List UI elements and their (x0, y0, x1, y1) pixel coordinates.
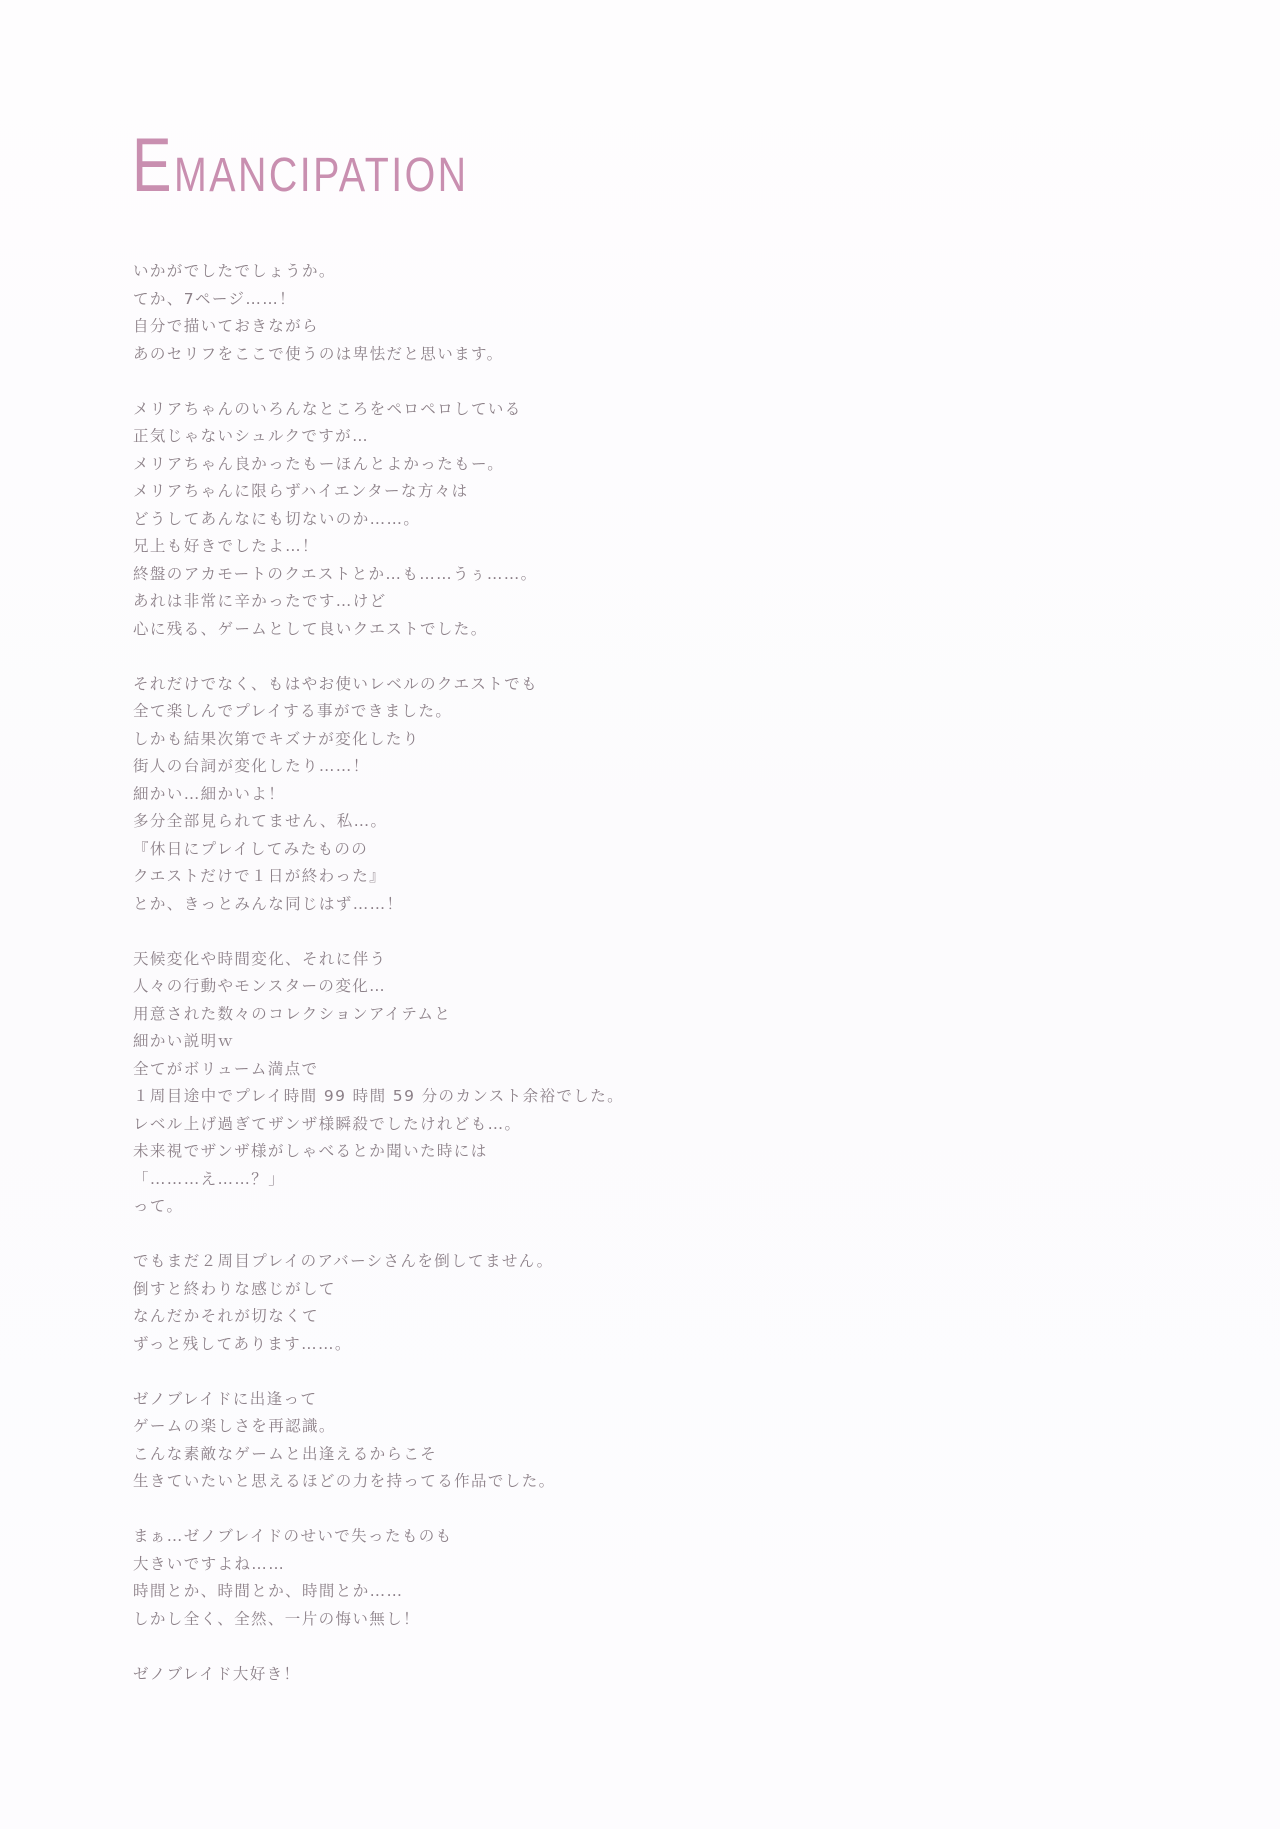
text-line: まぁ…ゼノブレイドのせいで失ったものも (133, 1523, 1033, 1551)
paragraph: 天候変化や時間変化、それに伴う 人々の行動やモンスターの変化… 用意された数々の… (133, 946, 1033, 1221)
text-line: しかも結果次第でキズナが変化したり (133, 726, 1033, 754)
text-line: 全て楽しんでプレイする事ができました。 (133, 698, 1033, 726)
text-line: こんな素敵なゲームと出逢えるからこそ (133, 1441, 1033, 1469)
text-line: 全てがボリューム満点で (133, 1056, 1033, 1084)
text-line: 人々の行動やモンスターの変化… (133, 973, 1033, 1001)
text-line: １周目途中でプレイ時間 99 時間 59 分のカンスト余裕でした。 (133, 1083, 1033, 1111)
text-line: 大きいですよね…… (133, 1551, 1033, 1579)
text-line: 正気じゃないシュルクですが… (133, 423, 1033, 451)
paragraph: まぁ…ゼノブレイドのせいで失ったものも 大きいですよね…… 時間とか、時間とか、… (133, 1523, 1033, 1633)
page-title: EMANCIPATION (132, 128, 533, 204)
page: EMANCIPATION いかがでしたでしょうか。 てか、7ページ……！ 自分で… (0, 0, 1280, 1829)
text-line: ずっと残してあります……。 (133, 1331, 1033, 1359)
text-line: 細かい説明ｗ (133, 1028, 1033, 1056)
paragraph: メリアちゃんのいろんなところをペロペロしている 正気じゃないシュルクですが… メ… (133, 396, 1033, 644)
text-line: どうしてあんなにも切ないのか……。 (133, 506, 1033, 534)
text-line: 心に残る、ゲームとして良いクエストでした。 (133, 616, 1033, 644)
text-line: レベル上げ過ぎてザンザ様瞬殺でしたけれども…。 (133, 1111, 1033, 1139)
text-line: 生きていたいと思えるほどの力を持ってる作品でした。 (133, 1468, 1033, 1496)
text-line: 多分全部見られてません、私…。 (133, 808, 1033, 836)
text-line: 時間とか、時間とか、時間とか…… (133, 1578, 1033, 1606)
text-line: ゲームの楽しさを再認識。 (133, 1413, 1033, 1441)
text-line: って。 (133, 1193, 1033, 1221)
text-line: 天候変化や時間変化、それに伴う (133, 946, 1033, 974)
text-line: メリアちゃんのいろんなところをペロペロしている (133, 396, 1033, 424)
paragraph: いかがでしたでしょうか。 てか、7ページ……！ 自分で描いておきながら あのセリ… (133, 258, 1033, 368)
text-line: しかし全く、全然、一片の悔い無し！ (133, 1606, 1033, 1634)
text-line: メリアちゃん良かったもーほんとよかったもー。 (133, 451, 1033, 479)
text-line: それだけでなく、もはやお使いレベルのクエストでも (133, 671, 1033, 699)
afterword-body: いかがでしたでしょうか。 てか、7ページ……！ 自分で描いておきながら あのセリ… (133, 258, 1033, 1716)
paragraph: それだけでなく、もはやお使いレベルのクエストでも 全て楽しんでプレイする事ができ… (133, 671, 1033, 919)
paragraph: でもまだ２周目プレイのアバーシさんを倒してません。 倒すと終わりな感じがして な… (133, 1248, 1033, 1358)
text-line: とか、きっとみんな同じはず……！ (133, 891, 1033, 919)
title-initial: E (132, 128, 172, 204)
text-line: 兄上も好きでしたよ…！ (133, 533, 1033, 561)
text-line: 細かい…細かいよ！ (133, 781, 1033, 809)
text-line: ゼノブレイド大好き！ (133, 1661, 1033, 1689)
text-line: あれは非常に辛かったです…けど (133, 588, 1033, 616)
text-line: いかがでしたでしょうか。 (133, 258, 1033, 286)
text-line: 終盤のアカモートのクエストとか…も……うぅ……。 (133, 561, 1033, 589)
text-line: 倒すと終わりな感じがして (133, 1276, 1033, 1304)
paragraph: ゼノブレイドに出逢って ゲームの楽しさを再認識。 こんな素敵なゲームと出逢えるか… (133, 1386, 1033, 1496)
text-line: ゼノブレイドに出逢って (133, 1386, 1033, 1414)
text-line: 『休日にプレイしてみたものの (133, 836, 1033, 864)
title-rest: MANCIPATION (174, 152, 469, 200)
text-line: あのセリフをここで使うのは卑怯だと思います。 (133, 341, 1033, 369)
paragraph: ゼノブレイド大好き！ (133, 1661, 1033, 1689)
text-line: 未来視でザンザ様がしゃべるとか聞いた時には (133, 1138, 1033, 1166)
text-line: メリアちゃんに限らずハイエンターな方々は (133, 478, 1033, 506)
text-line: なんだかそれが切なくて (133, 1303, 1033, 1331)
text-line: クエストだけで１日が終わった』 (133, 863, 1033, 891)
text-line: てか、7ページ……！ (133, 286, 1033, 314)
text-line: 街人の台詞が変化したり……！ (133, 753, 1033, 781)
text-line: でもまだ２周目プレイのアバーシさんを倒してません。 (133, 1248, 1033, 1276)
text-line: 用意された数々のコレクションアイテムと (133, 1001, 1033, 1029)
text-line: 自分で描いておきながら (133, 313, 1033, 341)
text-line: 「………え……？」 (133, 1166, 1033, 1194)
